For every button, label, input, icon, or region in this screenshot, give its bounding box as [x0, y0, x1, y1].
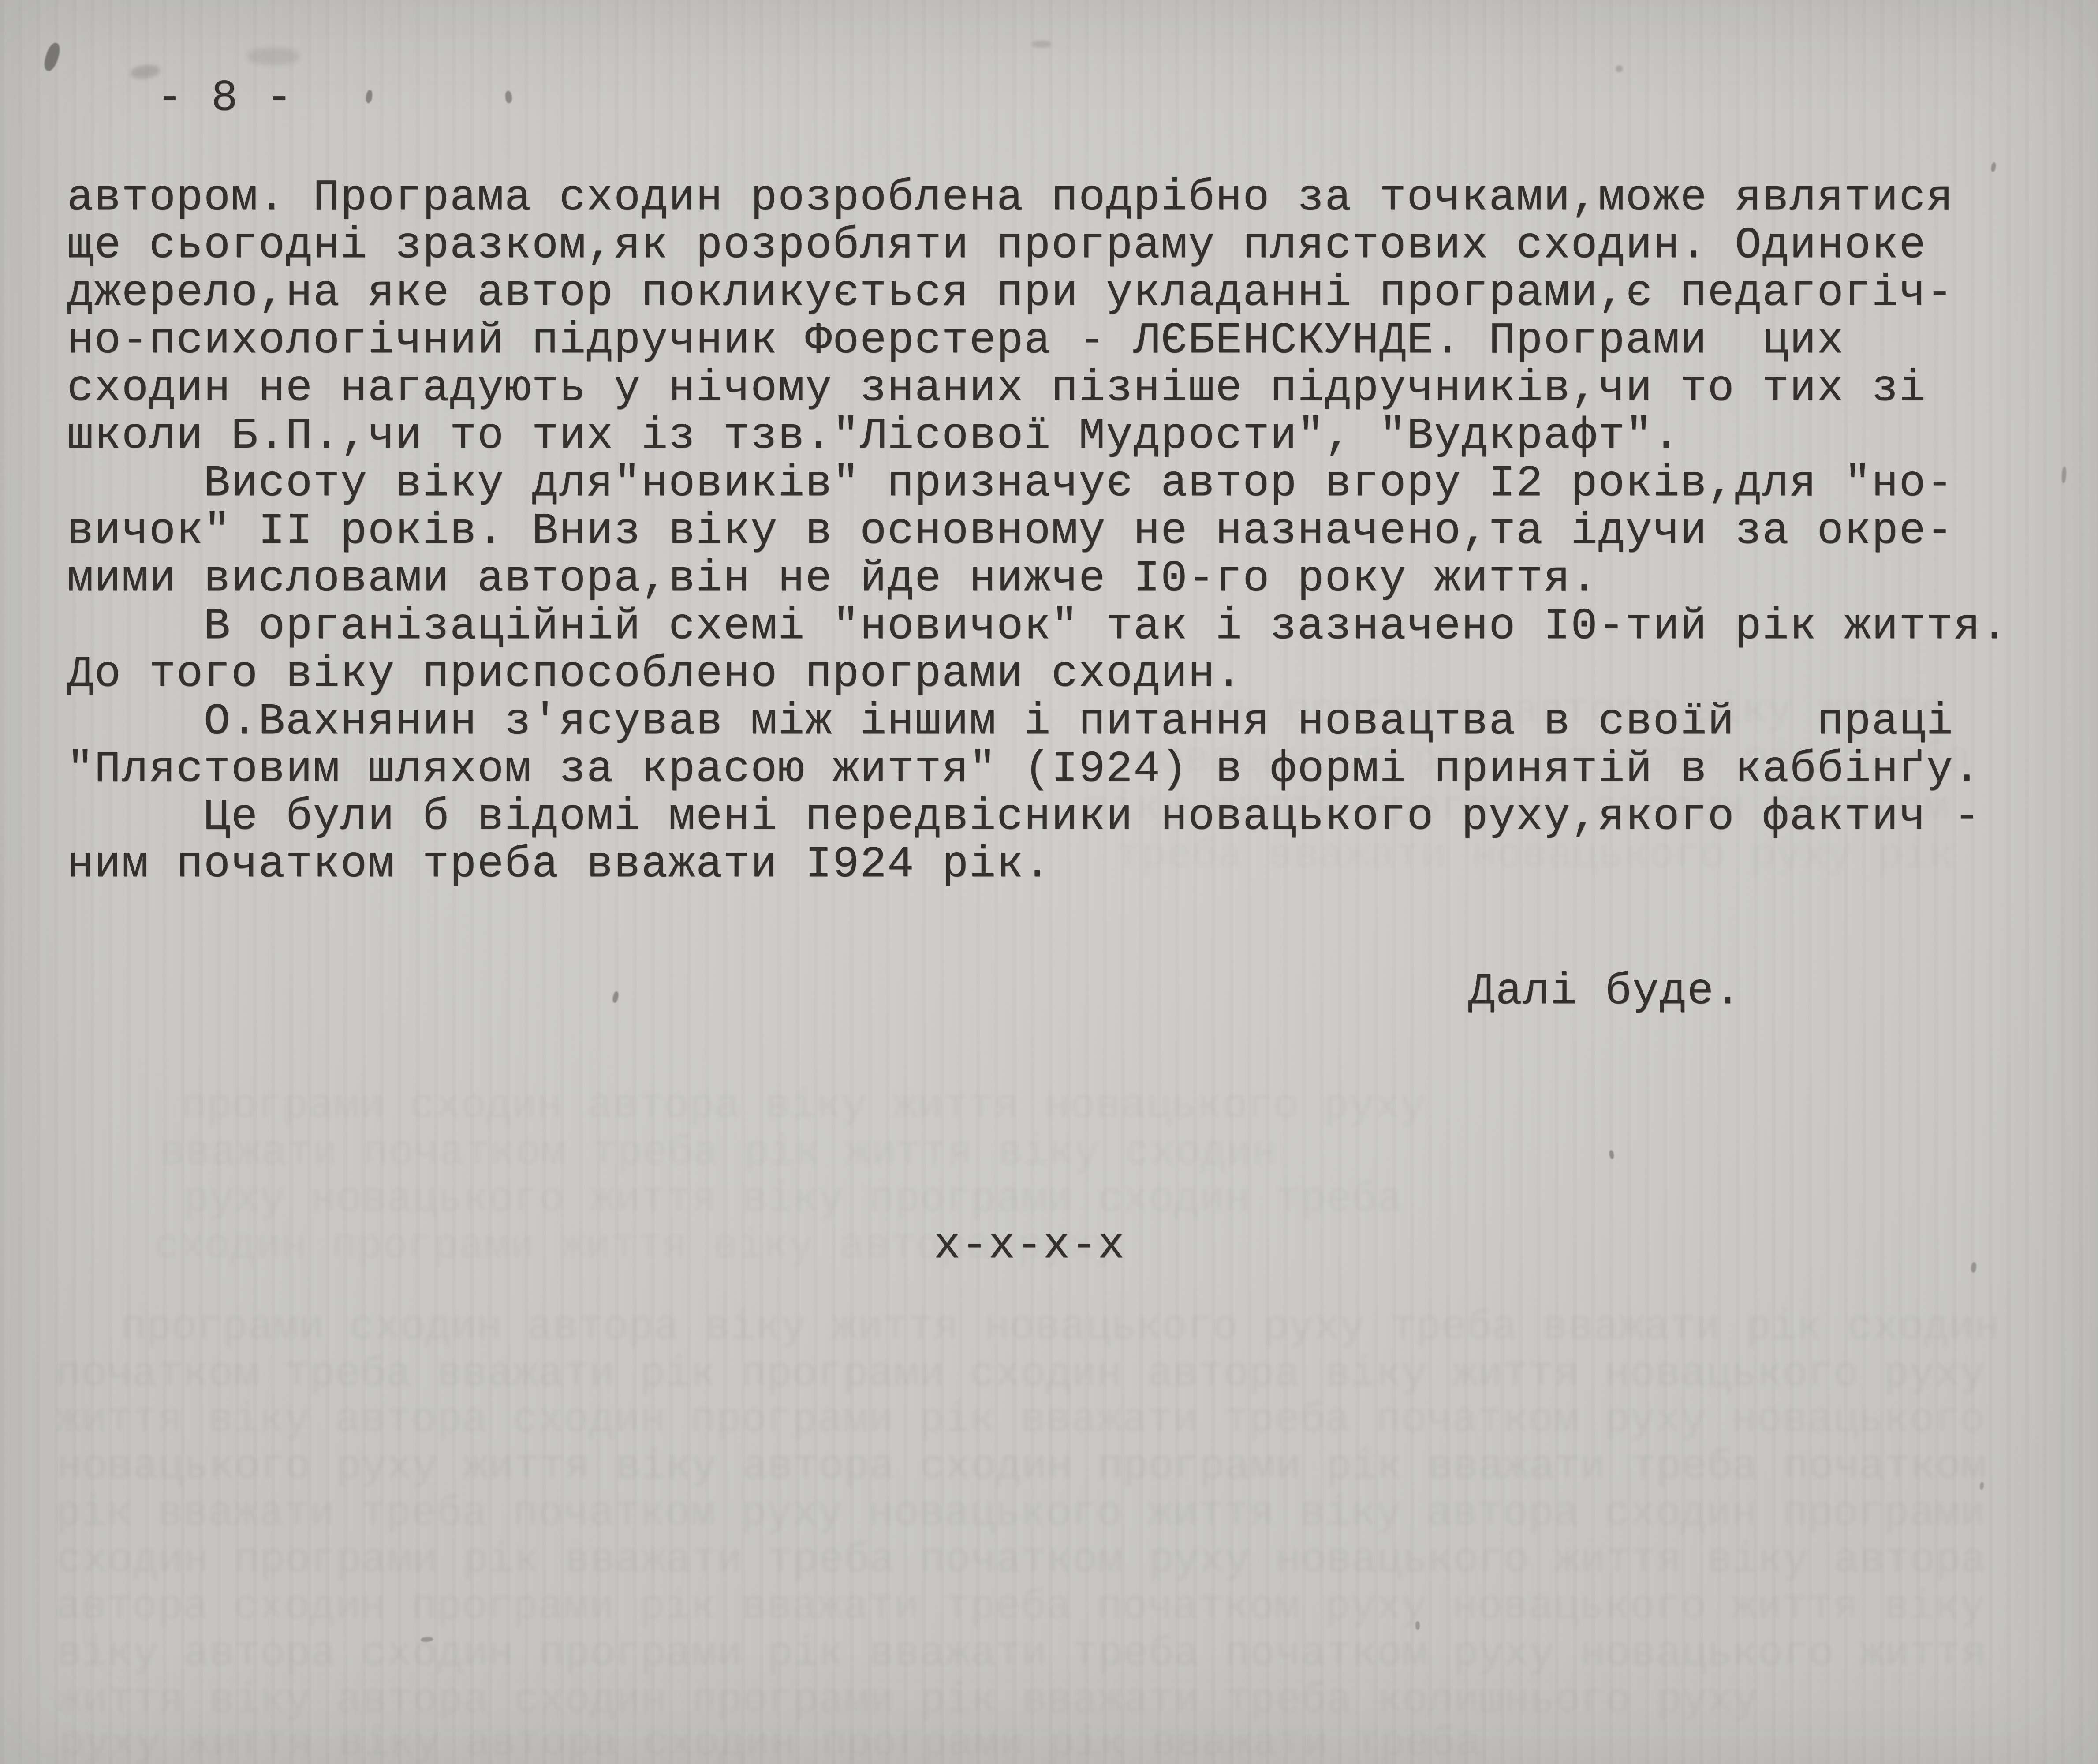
- ink-speck: [505, 90, 513, 103]
- ink-speck: [1971, 1262, 1977, 1273]
- text-line: ще сьогодні зразком,як розробляти програ…: [67, 222, 2069, 270]
- ink-speck: [247, 48, 300, 65]
- bleedthrough-line: віку автора сходин програми рік вважати …: [56, 1632, 1986, 1676]
- body-text: автором. Програма сходин розроблена подр…: [67, 175, 2069, 889]
- text-line: Це були б відомі мені передвісники новац…: [67, 794, 2069, 841]
- bleedthrough-line: сходин програми рік вважати треба початк…: [56, 1538, 1986, 1582]
- ink-speck: [1616, 65, 1623, 72]
- bleedthrough-line: автора сходин програми рік вважати треба…: [56, 1585, 1985, 1629]
- scanned-page: сходин програми автора віку життяновацьк…: [0, 0, 2098, 1764]
- bleedthrough-line: програми сходин автора віку життя новаць…: [181, 1084, 1425, 1128]
- bleedthrough-line: новацького руху життя віку автора сходин…: [56, 1445, 1986, 1489]
- bleedthrough-line: руху життя віку автора сходин програми р…: [59, 1722, 1481, 1764]
- text-line: "Плястовим шляхом за красою життя" (I924…: [67, 746, 2069, 794]
- text-line: В організаційній схемі "новичок" так і з…: [67, 603, 2069, 651]
- ink-speck: [41, 41, 62, 72]
- bleedthrough-line: руху новацького життя віку програми сход…: [183, 1177, 1402, 1222]
- bleedthrough-line: життя віку автора сходин програми рік вв…: [56, 1398, 1985, 1442]
- text-line: автором. Програма сходин розроблена подр…: [67, 175, 2069, 222]
- text-line: Висоту віку для"новиків" призначує автор…: [67, 460, 2069, 508]
- bleedthrough-line: рік вважати треба початком руху новацько…: [56, 1491, 1985, 1536]
- ink-speck: [1032, 41, 1051, 48]
- text-line: мими висловами автора,він не йде нижче I…: [67, 556, 2069, 603]
- text-line: До того віку приспособлено програми сход…: [67, 651, 2069, 699]
- text-line: сходин не нагадують у нічому знаних пізн…: [67, 365, 2069, 413]
- bleedthrough-line: початком треба вважати рік програми сход…: [56, 1352, 1985, 1396]
- bleedthrough-line: вважати початком треба рік життя віку сх…: [160, 1131, 1277, 1175]
- text-line: джерело,на яке автор покликується при ук…: [67, 270, 2069, 318]
- closing-to-be-continued: Далі буде.: [1468, 968, 1742, 1016]
- text-line: ним початком треба вважати I924 рік.: [67, 841, 2069, 889]
- ink-speck: [130, 64, 161, 81]
- text-line: школи Б.П.,чи то тих із тзв."Лісової Муд…: [67, 413, 2069, 460]
- section-divider: х-х-х-х: [934, 1222, 1125, 1270]
- text-line: но-психологічний підручник Фоерстера - Л…: [67, 318, 2069, 365]
- ink-speck: [612, 991, 619, 1003]
- text-line: О.Вахнянин з'ясував між іншим і питання …: [67, 699, 2069, 746]
- ink-speck: [1990, 162, 1997, 172]
- bleedthrough-line: програми сходин автора віку життя новаць…: [121, 1305, 2000, 1349]
- ink-speck: [1609, 1150, 1614, 1159]
- ink-speck: [365, 90, 373, 104]
- ink-speck: [1415, 1621, 1420, 1630]
- page-number: - 8 -: [157, 75, 293, 123]
- text-line: вичок" II років. Вниз віку в основному н…: [67, 508, 2069, 556]
- bleedthrough-line: життя віку автора сходин програми рік вв…: [57, 1678, 1758, 1723]
